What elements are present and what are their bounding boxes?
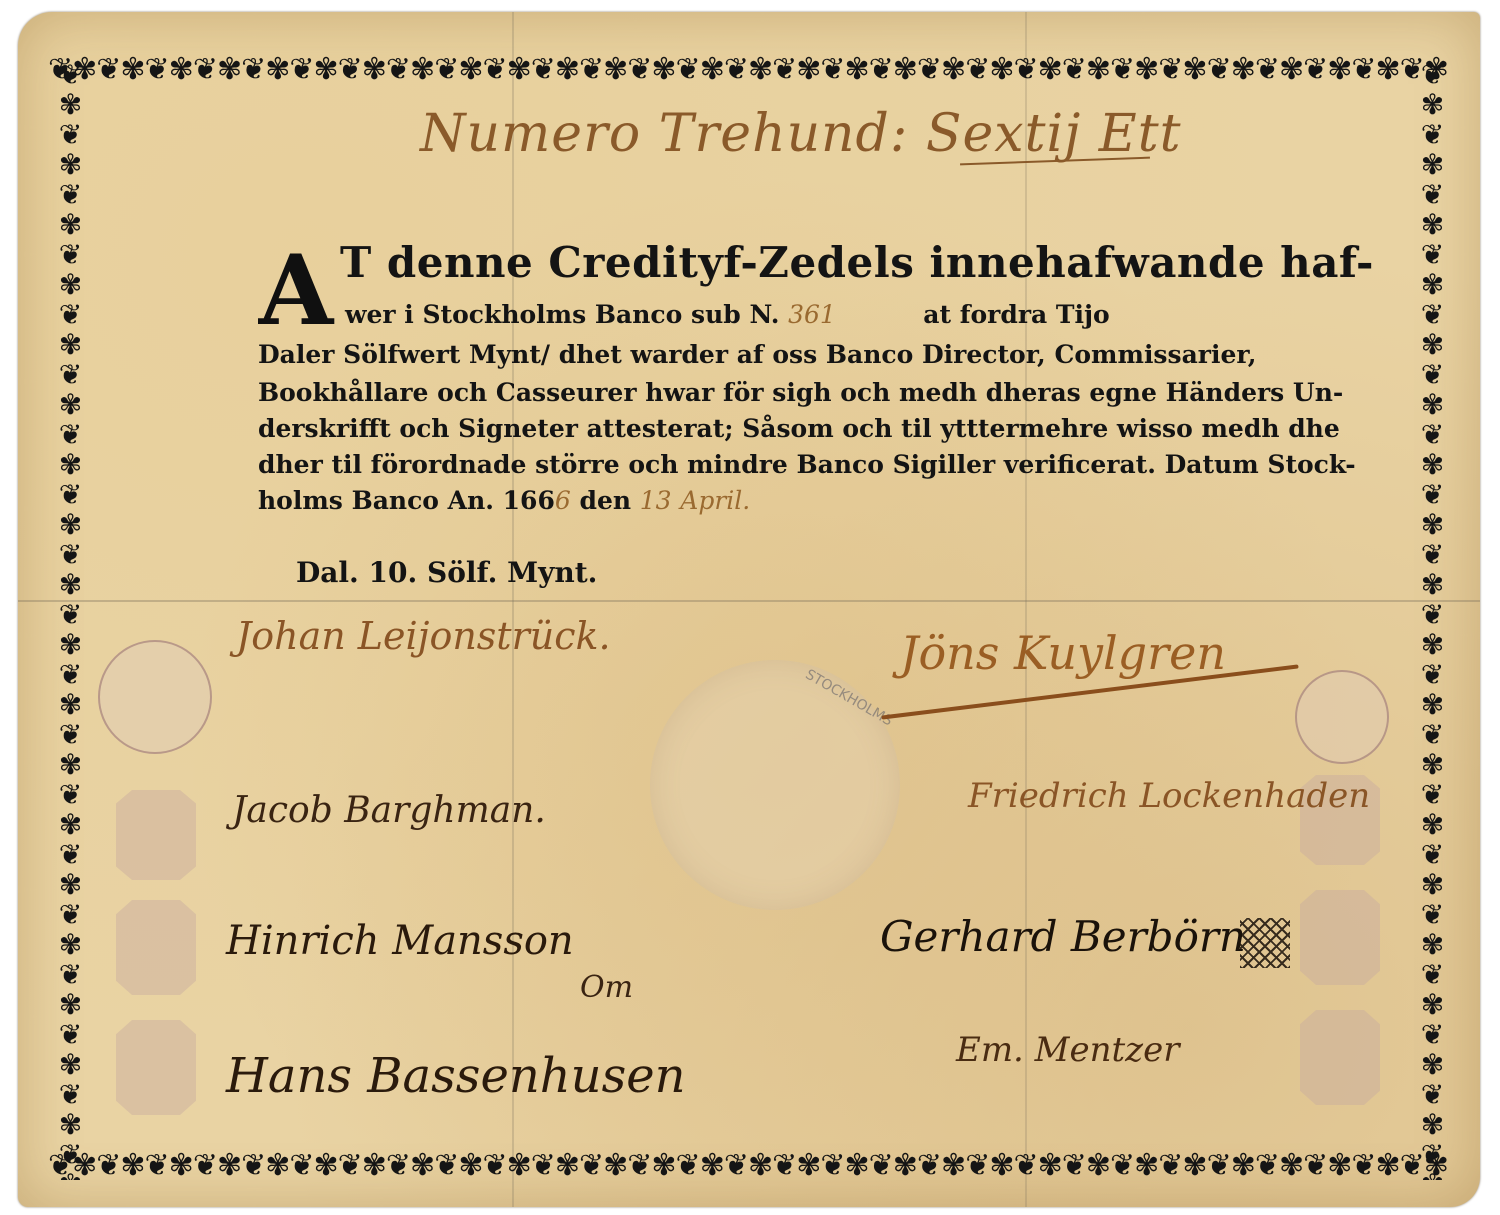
seal-right-1: [1295, 670, 1389, 764]
signature-1: Johan Leijonstrück.: [236, 614, 611, 658]
seal-right-3: [1300, 890, 1380, 985]
ornamental-border-bottom: ❦✾❦✾❦✾❦✾❦✾❦✾❦✾❦✾❦✾❦✾❦✾❦✾❦✾❦✾❦✾❦✾❦✾❦✾❦✾❦✾…: [48, 1148, 1448, 1184]
fold-crease-vertical-left: [512, 12, 514, 1207]
banknote-paper: [18, 12, 1480, 1207]
signature-4-first: Friedrich Lockenhaden: [968, 776, 1370, 816]
printed-heading-line: T denne Credityf-Zedels innehafwande haf…: [340, 238, 1374, 287]
fold-crease-vertical-right: [1025, 12, 1027, 1207]
line2-pre: wer i Stockholms Banco sub N.: [345, 300, 779, 329]
signature-5: Hinrich Mansson: [226, 918, 574, 964]
printed-line-6: dher til förordnade större och mindre Ba…: [258, 450, 1356, 479]
seal-left-4: [116, 1020, 196, 1115]
decorated-initial: A: [252, 246, 340, 336]
date-den: den: [579, 486, 631, 515]
ornamental-border-left: ❦✾❦✾❦✾❦✾❦✾❦✾❦✾❦✾❦✾❦✾❦✾❦✾❦✾❦✾❦✾❦✾❦✾❦✾❦✾❦✾…: [50, 60, 90, 1180]
printed-line-4: Bookhållare och Casseurer hwar för sigh …: [258, 378, 1343, 407]
handwritten-day: 13: [640, 486, 672, 515]
ornamental-border-top: ❦✾❦✾❦✾❦✾❦✾❦✾❦✾❦✾❦✾❦✾❦✾❦✾❦✾❦✾❦✾❦✾❦✾❦✾❦✾❦✾…: [48, 52, 1448, 88]
line2-post: at fordra Tijo: [923, 300, 1109, 329]
printed-line-5: derskrifft och Signeter attesterat; Såso…: [258, 414, 1340, 443]
printed-line-3: Daler Sölfwert Mynt/ dhet warder af oss …: [258, 340, 1256, 369]
seal-right-4: [1300, 1010, 1380, 1105]
handwritten-serial-number: Numero Trehund: Sextij Ett: [420, 104, 1182, 164]
handwritten-year-digit: 6: [555, 486, 571, 515]
handwritten-month: April.: [680, 486, 750, 515]
seal-left-1: [98, 640, 212, 754]
signature-2: Jöns Kuylgren: [900, 626, 1226, 680]
signature-6: Gerhard Berbörn: [880, 912, 1246, 961]
printed-date-line: holms Banco An. 1666 den 13 April.: [258, 486, 750, 515]
seal-left-3: [116, 900, 196, 995]
seal-left-2: [116, 790, 196, 880]
signature-8: Em. Mentzer: [956, 1030, 1179, 1070]
signature-5-note: Om: [580, 970, 633, 1005]
printed-line-2: wer i Stockholms Banco sub N. 361 at for…: [345, 300, 1110, 329]
ornamental-border-right: ❦✾❦✾❦✾❦✾❦✾❦✾❦✾❦✾❦✾❦✾❦✾❦✾❦✾❦✾❦✾❦✾❦✾❦✾❦✾❦✾…: [1412, 60, 1452, 1180]
signature-7: Hans Bassenhusen: [226, 1048, 686, 1104]
fold-crease-horizontal: [18, 600, 1480, 602]
signature-3: Jacob Barghman.: [232, 790, 546, 831]
signature-6-hatch-mark: [1240, 918, 1290, 968]
date-pre: holms Banco An. 166: [258, 486, 555, 515]
handwritten-note-number: 361: [788, 300, 836, 329]
amount-line: Dal. 10. Sölf. Mynt.: [296, 556, 597, 589]
